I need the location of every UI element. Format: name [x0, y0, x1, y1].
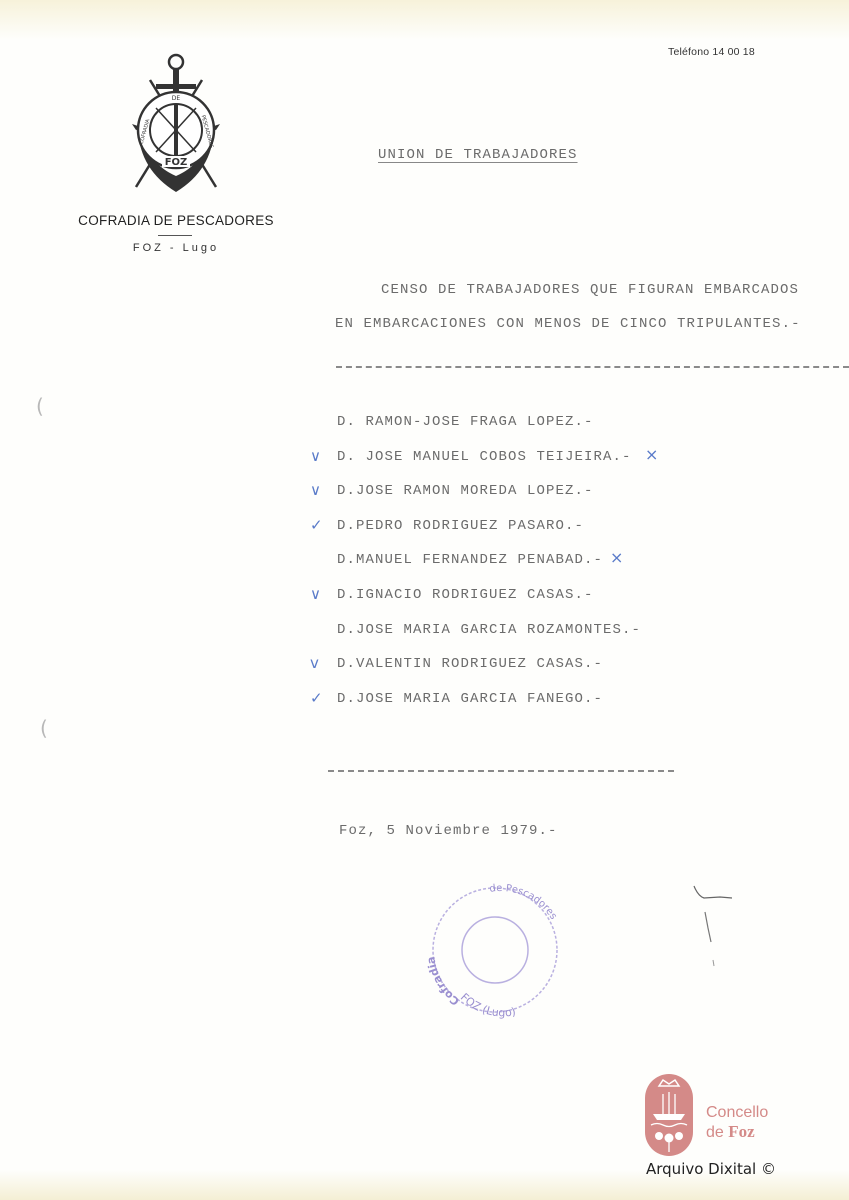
worker-row: ∨D.JOSE RAMON MOREDA LOPEZ.- — [300, 483, 820, 518]
concello-foz-crest-icon — [643, 1072, 695, 1158]
worker-name: D. JOSE MANUEL COBOS TEIJEIRA.- — [337, 449, 632, 465]
intro-line-2: EN EMBARCACIONES CON MENOS DE CINCO TRIP… — [335, 316, 801, 332]
worker-row: vD.VALENTIN RODRIGUEZ CASAS.- — [300, 656, 820, 691]
svg-text:de Pescadores: de Pescadores — [489, 883, 559, 922]
signature-mark-icon — [680, 880, 740, 980]
organization-name: COFRADIA DE PESCADORES — [70, 213, 282, 228]
worker-name: D.PEDRO RODRIGUEZ PASARO.- — [337, 518, 584, 534]
phone-number: Teléfono 14 00 18 — [668, 46, 755, 58]
worker-name: D. RAMON-JOSE FRAGA LOPEZ.- — [337, 414, 594, 430]
worker-row: ✓D.JOSE MARIA GARCIA FANEGO.- — [300, 691, 820, 726]
worker-name: D.JOSE MARIA GARCIA ROZAMONTES.- — [337, 622, 641, 638]
organization-place: FOZ - Lugo — [70, 242, 282, 254]
concello-brand-line-2: de Foz — [706, 1122, 768, 1142]
document-title: UNION DE TRABAJADORES — [378, 147, 578, 163]
pen-check-mark-icon: ∨ — [310, 447, 321, 465]
concello-brand: Concello de Foz — [706, 1103, 768, 1142]
logo-text-bottom: FOZ — [165, 157, 188, 168]
svg-text:FOZ (Lugo): FOZ (Lugo) — [458, 991, 517, 1020]
pen-cross-mark-icon: × — [610, 548, 623, 567]
official-stamp-icon: Cofradia de Pescadores FOZ (Lugo) — [420, 880, 570, 1020]
pen-check-mark-icon: ✓ — [310, 516, 323, 534]
worker-row: D.MANUEL FERNANDEZ PENABAD.-× — [300, 552, 820, 587]
worker-row: ∨D. JOSE MANUEL COBOS TEIJEIRA.-× — [300, 449, 820, 484]
concello-brand-line-1: Concello — [706, 1103, 768, 1122]
logo-text-top: DE — [172, 95, 181, 102]
worker-name: D.JOSE RAMON MOREDA LOPEZ.- — [337, 483, 594, 499]
worker-name: D.VALENTIN RODRIGUEZ CASAS.- — [337, 656, 603, 672]
stamp-text-right: de Pescadores — [489, 883, 559, 922]
typed-divider-bottom — [328, 770, 674, 772]
worker-name: D.JOSE MARIA GARCIA FANEGO.- — [337, 691, 603, 707]
punch-hole-mark-bottom: ( — [40, 716, 48, 740]
paper-edge-top — [0, 0, 849, 40]
worker-list: D. RAMON-JOSE FRAGA LOPEZ.-∨D. JOSE MANU… — [300, 414, 820, 725]
worker-name: D.IGNACIO RODRIGUEZ CASAS.- — [337, 587, 594, 603]
punch-hole-mark-top: ( — [36, 394, 44, 418]
pen-check-mark-icon: ∨ — [310, 481, 321, 499]
pen-cross-mark-icon: × — [645, 445, 658, 464]
stamp-text-bottom: FOZ (Lugo) — [458, 991, 517, 1020]
worker-row: ✓D.PEDRO RODRIGUEZ PASARO.- — [300, 518, 820, 553]
organization-divider — [158, 235, 192, 236]
stamp-text-left: Cofradia — [424, 956, 461, 1008]
pen-check-mark-icon: ∨ — [310, 585, 321, 603]
pen-check-mark-icon: ✓ — [310, 689, 323, 707]
document-date: Foz, 5 Noviembre 1979.- — [339, 823, 558, 839]
worker-name: D.MANUEL FERNANDEZ PENABAD.- — [337, 552, 603, 568]
typed-divider-top — [336, 366, 849, 368]
worker-row: D. RAMON-JOSE FRAGA LOPEZ.- — [300, 414, 820, 449]
worker-row: D.JOSE MARIA GARCIA ROZAMONTES.- — [300, 622, 820, 657]
anchor-lifebuoy-logo-icon: DE COFRADIA PESCADORES FOZ — [128, 52, 224, 200]
svg-text:Cofradia: Cofradia — [424, 956, 461, 1008]
pen-check-mark-icon: v — [310, 654, 319, 672]
worker-row: ∨D.IGNACIO RODRIGUEZ CASAS.- — [300, 587, 820, 622]
archive-credit: Arquivo Dixital © — [646, 1160, 776, 1178]
intro-line-1: CENSO DE TRABAJADORES QUE FIGURAN EMBARC… — [381, 282, 799, 298]
